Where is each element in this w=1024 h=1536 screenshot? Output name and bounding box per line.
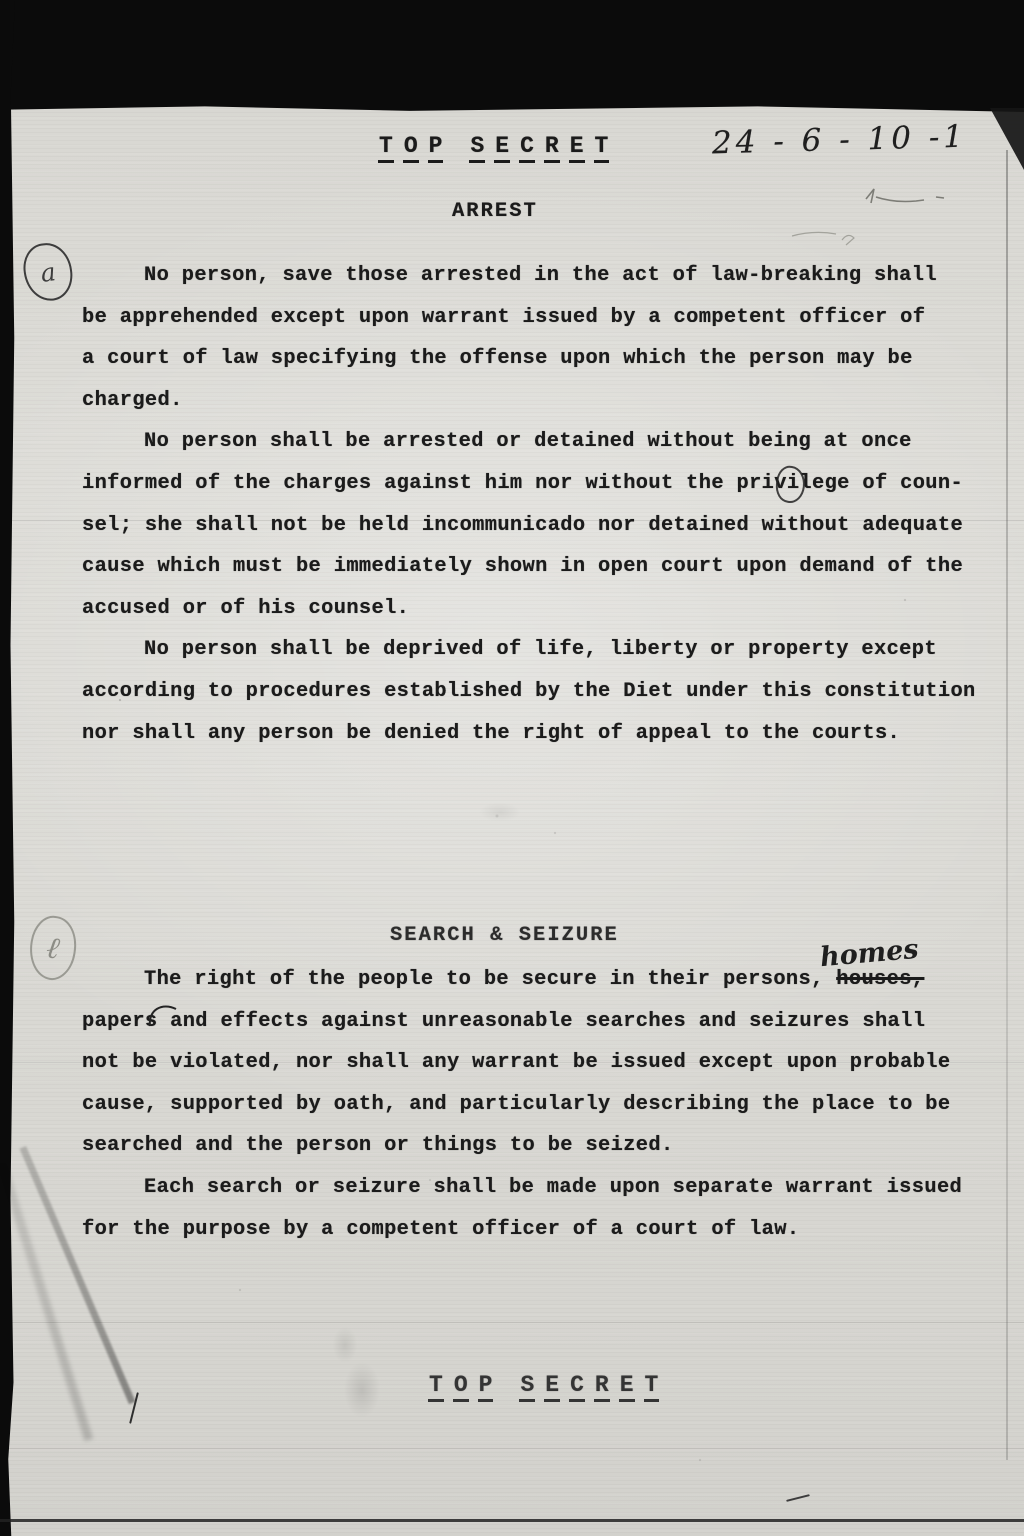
text-line: No person shall be arrested or detained …: [82, 428, 1012, 470]
arrest-heading: ARREST: [452, 200, 538, 223]
arrest-body: No person, save those arrested in the ac…: [82, 262, 1012, 761]
text-line: for the purpose by a competent officer o…: [82, 1216, 1012, 1258]
text-line: searched and the person or things to be …: [82, 1132, 1012, 1174]
margin-mark-a: a: [20, 240, 76, 304]
handwritten-reference-number: 24 - 6 - 10 -1: [712, 119, 968, 162]
banner-letter: S: [469, 133, 485, 163]
banner-letter: E: [619, 1372, 635, 1402]
arrest-paragraph-1: No person, save those arrested in the ac…: [82, 262, 1012, 428]
banner-letter: T: [644, 1372, 660, 1402]
text-line: informed of the charges against him nor …: [82, 470, 1012, 512]
fold-crease: [0, 1162, 93, 1441]
pen-slash-mark: [129, 1392, 139, 1424]
arrest-paragraph-3: No person shall be deprived of life, lib…: [82, 636, 1012, 761]
banner-letter: C: [569, 1372, 585, 1402]
scan-streak: [0, 1448, 1024, 1449]
text-line: The right of the people to be secure in …: [82, 966, 1012, 1008]
struck-word-houses: houses,: [836, 968, 924, 991]
text-line: Each search or seizure shall be made upo…: [82, 1174, 1012, 1216]
banner-letter: T: [378, 133, 394, 163]
paper-speckles: [0, 0, 1024, 1536]
banner-letter: P: [428, 133, 444, 163]
scan-border-bottom: [0, 1519, 1024, 1522]
banner-letter: R: [594, 1372, 610, 1402]
banner-letter: O: [403, 133, 419, 163]
text-line: sel; she shall not be held incommunicado…: [82, 512, 1012, 554]
banner-letter: S: [519, 1372, 535, 1402]
scan-border-left: [0, 0, 15, 1536]
search-line1-text: The right of the people to be secure in …: [144, 968, 836, 991]
pen-tick-mark: [786, 1494, 810, 1502]
margin-mark-b: ℓ: [25, 913, 80, 983]
banner-letter: R: [544, 133, 560, 163]
pencil-scribble: [852, 183, 962, 233]
search-paragraph-1-rest: papers and effects against unreasonable …: [82, 1008, 1012, 1174]
text-line: nor shall any person be denied the right…: [82, 720, 1012, 762]
text-line: accused or of his counsel.: [82, 595, 1012, 637]
text-line: No person shall be deprived of life, lib…: [82, 636, 1012, 678]
banner-letter: O: [453, 1372, 469, 1402]
banner-letter: E: [494, 133, 510, 163]
text-line: charged.: [82, 387, 1012, 429]
search-seizure-heading: SEARCH & SEIZURE: [390, 924, 619, 947]
search-seizure-body: The right of the people to be secure in …: [82, 966, 1012, 1257]
paper-texture: [0, 0, 1024, 1536]
scanned-document-page: TOPSECRET 24 - 6 - 10 -1 a ARREST No per…: [0, 0, 1024, 1536]
text-line: according to procedures established by t…: [82, 678, 1012, 720]
banner-letter: C: [519, 133, 535, 163]
pencil-scribble: [790, 222, 860, 248]
banner-letter: P: [478, 1372, 494, 1402]
margin-mark-a-letter: a: [39, 257, 58, 288]
text-line: be apprehended except upon warrant issue…: [82, 304, 1012, 346]
arrest-paragraph-2: No person shall be arrested or detained …: [82, 428, 1012, 636]
text-line: cause which must be immediately shown in…: [82, 553, 1012, 595]
scan-border-top: [0, 0, 1024, 112]
text-line: not be violated, nor shall any warrant b…: [82, 1049, 1012, 1091]
search-paragraph-2: Each search or seizure shall be made upo…: [82, 1174, 1012, 1257]
text-line: cause, supported by oath, and particular…: [82, 1091, 1012, 1133]
text-line: No person, save those arrested in the ac…: [82, 262, 1012, 304]
text-line: a court of law specifying the offense up…: [82, 345, 1012, 387]
classification-header: TOPSECRET: [378, 133, 618, 163]
text-line: papers and effects against unreasonable …: [82, 1008, 1012, 1050]
banner-letter: E: [569, 133, 585, 163]
margin-mark-b-letter: ℓ: [44, 930, 62, 967]
scan-streak: [0, 1322, 1024, 1323]
banner-letter: T: [428, 1372, 444, 1402]
banner-letter: E: [544, 1372, 560, 1402]
classification-footer: TOPSECRET: [428, 1372, 668, 1402]
banner-letter: T: [594, 133, 610, 163]
